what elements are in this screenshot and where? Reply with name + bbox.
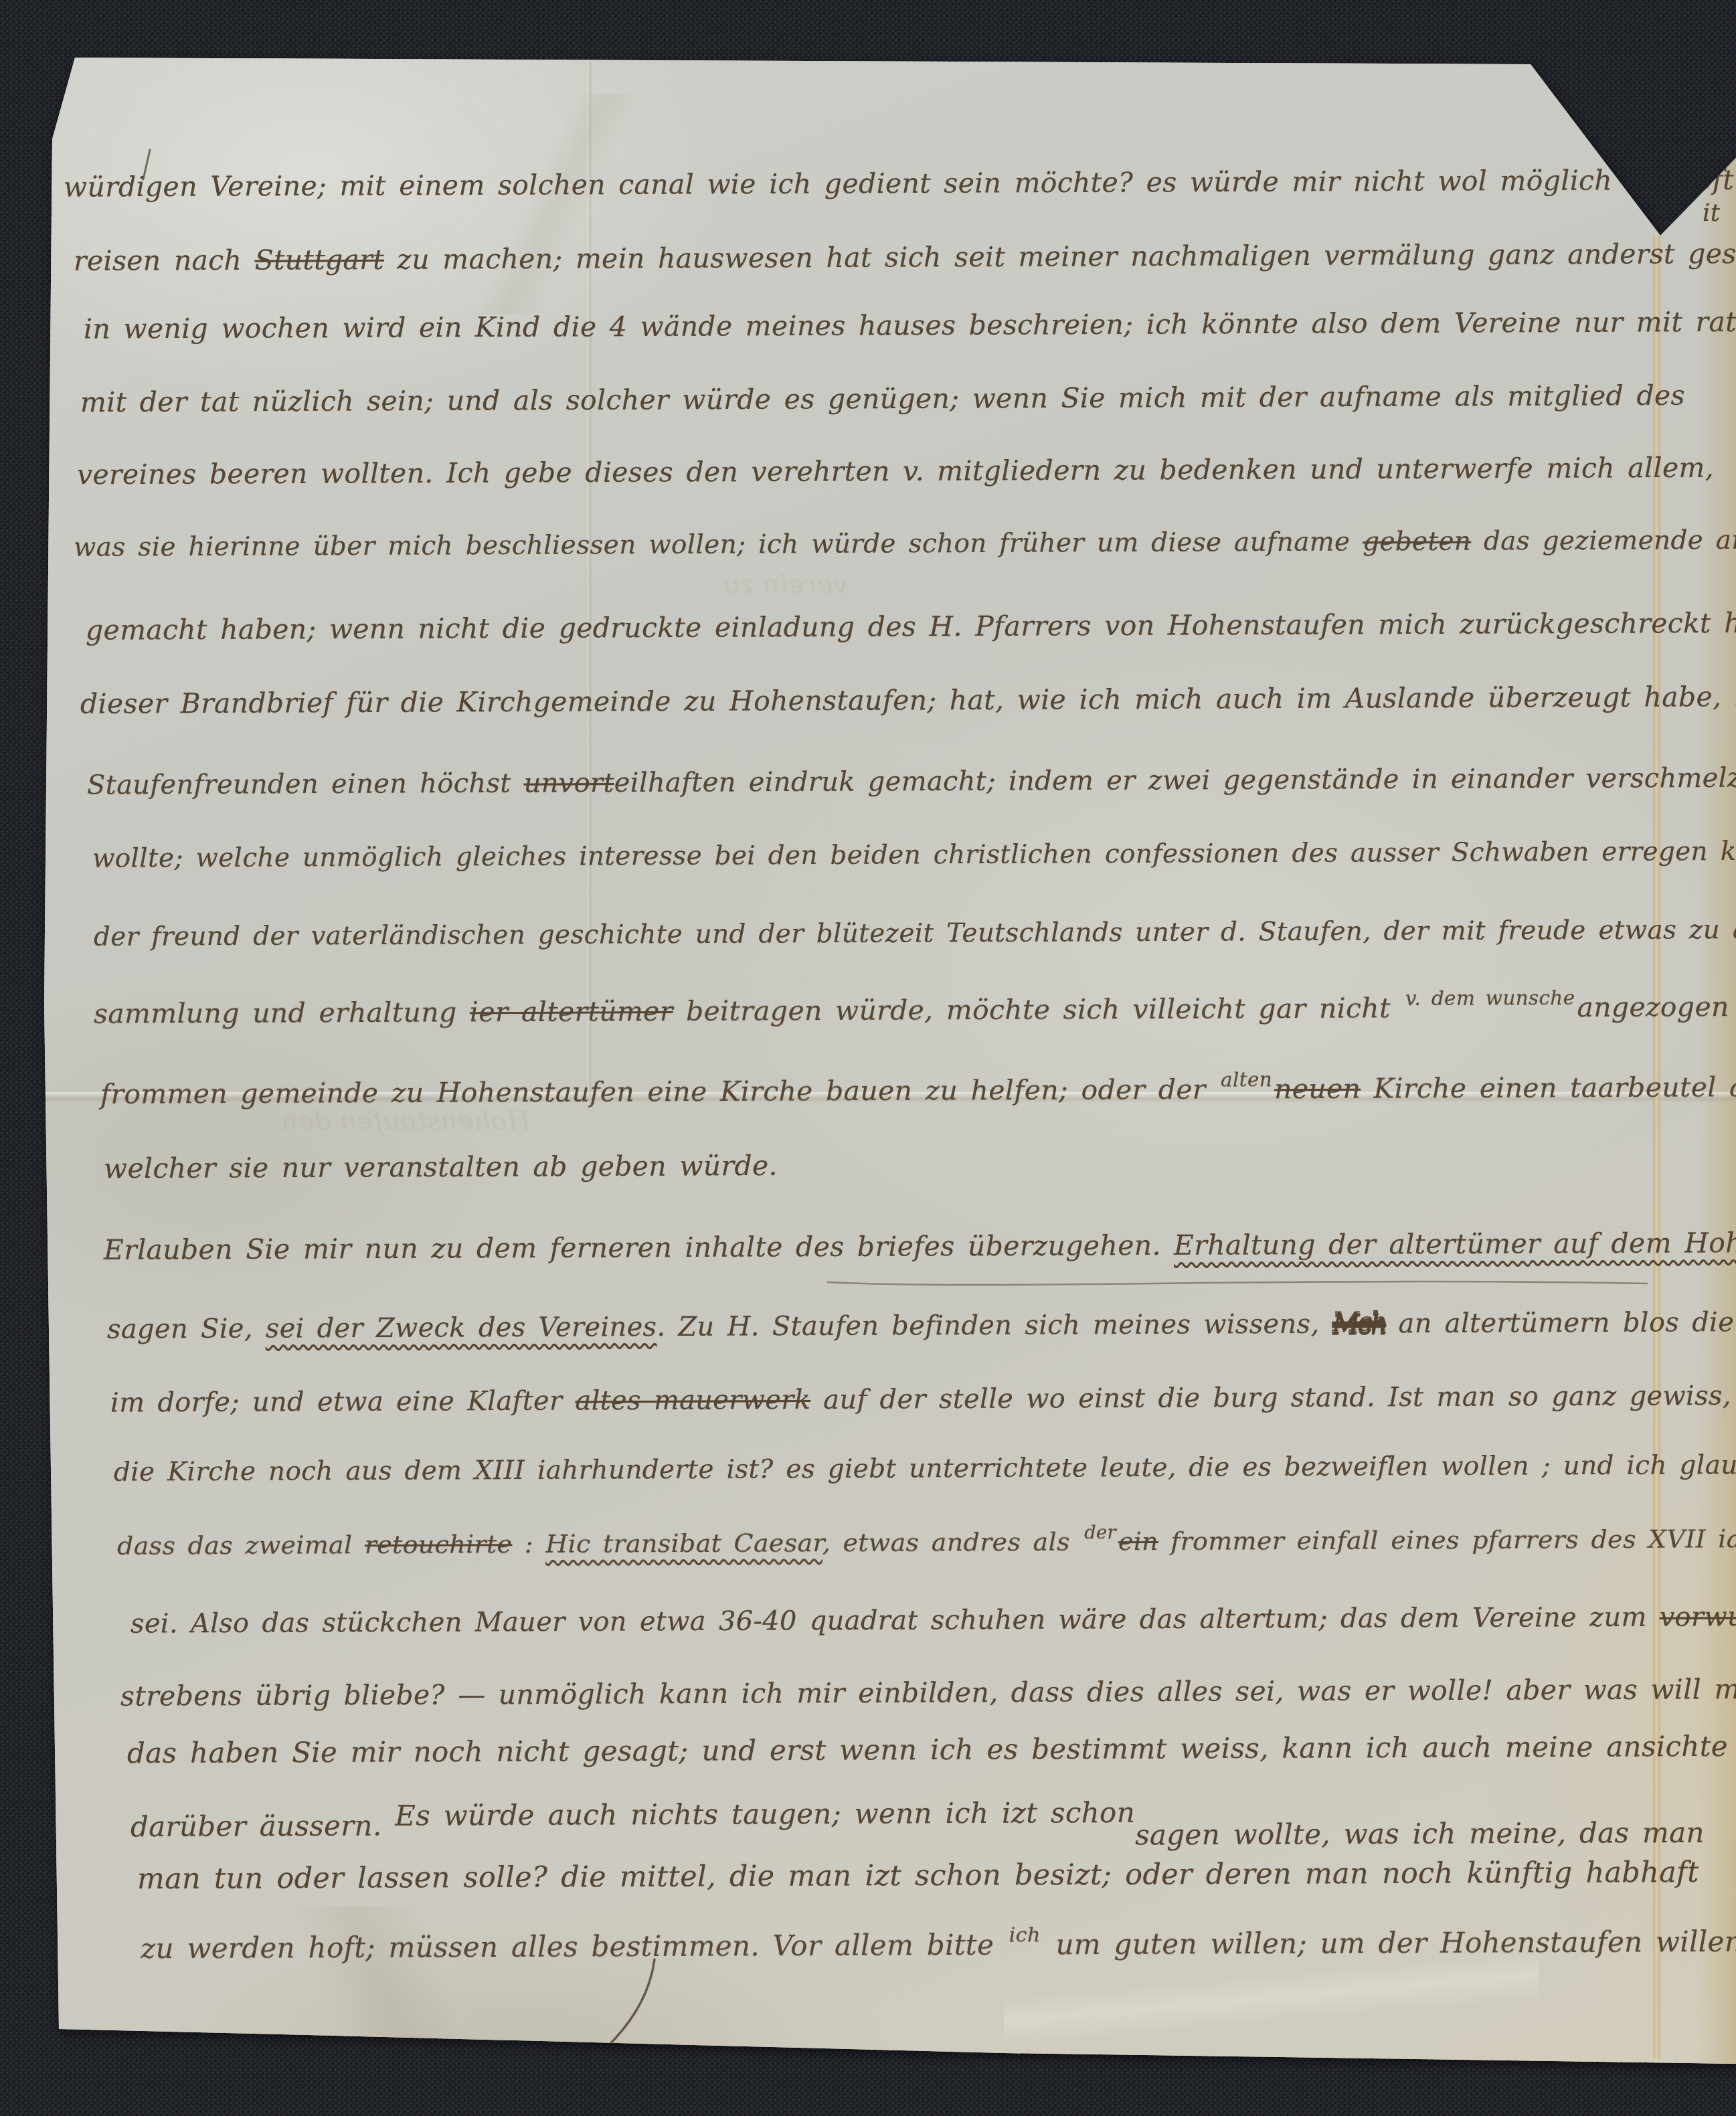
manuscript-segment-u: sei der Zweck des Vereines xyxy=(266,1312,657,1344)
manuscript-line: mit der tat nüzlich sein; und als solche… xyxy=(80,379,1685,418)
manuscript-segment: würdigen Vereine; mit einem solchen cana… xyxy=(64,163,1736,203)
manuscript-line: würdigen Vereine; mit einem solchen cana… xyxy=(64,163,1736,203)
manuscript-segment: Staufenfreunden einen höchst xyxy=(87,768,524,801)
manuscript-line: Erlauben Sie mir nun zu dem ferneren inh… xyxy=(104,1226,1736,1266)
manuscript-segment: der freund der vaterländischen geschicht… xyxy=(94,914,1736,952)
manuscript-segment: frommer einfall eines pfarrers des XVII … xyxy=(1158,1523,1736,1556)
paper-sheet: würdigen Vereine; mit einem solchen cana… xyxy=(0,0,1736,2116)
manuscript-segment: sammlung und erhaltung xyxy=(94,996,470,1029)
manuscript-segment-sup: alten xyxy=(1221,1068,1272,1091)
manuscript-segment: zu machen; mein hauswesen hat sich seit … xyxy=(384,237,1736,276)
manuscript-segment-x: altes mauerwerk xyxy=(575,1385,810,1417)
manuscript-segment-x: retouchirte xyxy=(365,1529,513,1559)
manuscript-line: welcher sie nur veranstalten ab geben wü… xyxy=(104,1150,778,1184)
manuscript-segment: was sie hierinne über mich beschliessen … xyxy=(74,527,1363,562)
manuscript-segment: frommen gemeinde zu Hohenstaufen eine Ki… xyxy=(100,1073,1219,1110)
paper-sheet-wrapper: würdigen Vereine; mit einem solchen cana… xyxy=(0,0,1736,2116)
manuscript-segment-x: gebeten xyxy=(1363,527,1471,557)
manuscript-line: die Kirche noch aus dem XIII iahrhundert… xyxy=(114,1449,1736,1487)
manuscript-segment: das haben Sie mir noch nicht gesagt; und… xyxy=(127,1730,1728,1769)
manuscript-segment: um guten willen; um der Hohenstaufen wil… xyxy=(1043,1925,1736,1961)
manuscript-line: darüber äussern. Es würde auch nichts ta… xyxy=(131,1803,1705,1843)
ink-bleedthrough-mark: Hohenstaufen den xyxy=(281,1106,530,1136)
manuscript-segment-x: neuen xyxy=(1274,1073,1361,1106)
manuscript-segment: Kirche einen taarbeutel anzuhängen ; xyxy=(1361,1070,1736,1105)
manuscript-segment: dass das zweimal xyxy=(117,1530,365,1561)
manuscript-segment-x: ier altertümer xyxy=(470,995,673,1028)
manuscript-line: was sie hierinne über mich beschliessen … xyxy=(74,525,1736,563)
manuscript-line: strebens übrig bliebe? — unmöglich kann … xyxy=(120,1672,1736,1712)
manuscript-segment-scrib: Mch xyxy=(1332,1308,1385,1339)
manuscript-line: in wenig wochen wird ein Kind die 4 wänd… xyxy=(84,305,1736,345)
manuscript-segment-u: Hic transibat Caesar xyxy=(545,1528,822,1559)
manuscript-line: der freund der vaterländischen geschicht… xyxy=(94,914,1736,952)
manuscript-segment-x: Stuttgart xyxy=(254,244,384,276)
scanned-letter-page: würdigen Vereine; mit einem solchen cana… xyxy=(0,0,1736,2116)
manuscript-segment: sei. Also das stückchen Mauer von etwa 3… xyxy=(131,1602,1660,1640)
manuscript-line: zu werden hoft; müssen alles bestimmen. … xyxy=(141,1925,1736,1965)
manuscript-line: man tun oder lassen solle? die mittel, d… xyxy=(137,1856,1699,1896)
manuscript-segment: sagen Sie, xyxy=(107,1314,266,1345)
manuscript-line: das haben Sie mir noch nicht gesagt; und… xyxy=(127,1730,1728,1769)
manuscript-segment: die Kirche noch aus dem XIII iahrhundert… xyxy=(114,1449,1736,1487)
manuscript-segment: angezogen fülen der xyxy=(1577,990,1736,1023)
manuscript-segment: welcher sie nur veranstalten ab geben wü… xyxy=(104,1150,778,1184)
manuscript-line: sei. Also das stückchen Mauer von etwa 3… xyxy=(131,1601,1736,1639)
manuscript-segment: an altertümern blos die Kirche xyxy=(1385,1306,1736,1339)
manuscript-segment: vereines beeren wollten. Ich gebe dieses… xyxy=(77,452,1714,491)
manuscript-segment: . Zu H. Staufen befinden sich meines wis… xyxy=(657,1309,1332,1342)
manuscript-segment: wollte; welche unmöglich gleiches intere… xyxy=(92,836,1736,873)
manuscript-line: dieser Brandbrief für die Kirchgemeinde … xyxy=(80,680,1736,720)
manuscript-line: it xyxy=(1703,199,1721,227)
manuscript-segment: man tun oder lassen solle? die mittel, d… xyxy=(137,1856,1699,1896)
manuscript-line: dass das zweimal retouchirte : Hic trans… xyxy=(117,1523,1736,1561)
manuscript-segment-drop: sagen wollte, was ich meine, das man xyxy=(1135,1816,1705,1852)
manuscript-segment-sup: v. dem wunsche xyxy=(1405,986,1575,1010)
manuscript-segment: in wenig wochen wird ein Kind die 4 wänd… xyxy=(84,305,1736,345)
manuscript-segment-rise: Es würde auch nichts taugen; wenn ich iz… xyxy=(395,1796,1135,1832)
manuscript-segment: zu werden hoft; müssen alles bestimmen. … xyxy=(141,1929,1007,1965)
manuscript-segment: gemacht haben; wenn nicht die gedruckte … xyxy=(86,606,1736,646)
manuscript-line: sammlung und erhaltung ier altertümer be… xyxy=(94,990,1736,1030)
manuscript-segment-x: ein xyxy=(1118,1526,1158,1556)
manuscript-segment: dieser Brandbrief für die Kirchgemeinde … xyxy=(80,680,1736,720)
manuscript-segment-x: vorwurfe xyxy=(1660,1601,1736,1633)
manuscript-segment: reisen nach xyxy=(74,244,255,277)
manuscript-line: sagen Sie, sei der Zweck des Vereines. Z… xyxy=(107,1306,1736,1344)
manuscript-segment: im dorfe; und etwa eine Klafter xyxy=(110,1385,576,1418)
manuscript-segment: : xyxy=(512,1529,545,1559)
manuscript-line: gemacht haben; wenn nicht die gedruckte … xyxy=(86,606,1736,646)
ink-bleedthrough-mark: verein zu xyxy=(723,569,848,600)
manuscript-segment: mit der tat nüzlich sein; und als solche… xyxy=(80,379,1685,418)
manuscript-segment: strebens übrig bliebe? — unmöglich kann … xyxy=(120,1672,1736,1712)
manuscript-segment: darüber äussern. xyxy=(131,1809,395,1843)
handwriting-layer: würdigen Vereine; mit einem solchen cana… xyxy=(0,0,1736,2116)
manuscript-line: wollte; welche unmöglich gleiches intere… xyxy=(92,836,1736,873)
manuscript-segment: beitragen würde, möchte sich villeicht g… xyxy=(673,992,1403,1027)
manuscript-segment: auf der stelle wo einst die burg stand. … xyxy=(810,1380,1736,1415)
manuscript-line: frommen gemeinde zu Hohenstaufen eine Ki… xyxy=(100,1070,1736,1110)
manuscript-segment: Erlauben Sie mir nun zu dem ferneren inh… xyxy=(104,1229,1174,1266)
manuscript-segment: das geziemende ansuchen xyxy=(1471,525,1736,556)
manuscript-segment: eilhaften eindruk gemacht; indem er zwei… xyxy=(614,762,1736,798)
manuscript-segment-x: unvort xyxy=(524,768,614,799)
manuscript-line: Staufenfreunden einen höchst unvorteilha… xyxy=(87,762,1736,800)
manuscript-line: im dorfe; und etwa eine Klafter altes ma… xyxy=(110,1380,1736,1418)
manuscript-segment-sup: der xyxy=(1084,1522,1116,1543)
manuscript-line: reisen nach Stuttgart zu machen; mein ha… xyxy=(74,237,1736,277)
manuscript-segment: it xyxy=(1703,199,1721,227)
manuscript-segment-u: Erhaltung der altertümer auf dem Hohenst… xyxy=(1174,1226,1736,1261)
manuscript-segment-sup: ich xyxy=(1009,1924,1041,1947)
manuscript-line: vereines beeren wollten. Ich gebe dieses… xyxy=(77,452,1714,491)
manuscript-segment: , etwas andres als xyxy=(822,1526,1083,1557)
